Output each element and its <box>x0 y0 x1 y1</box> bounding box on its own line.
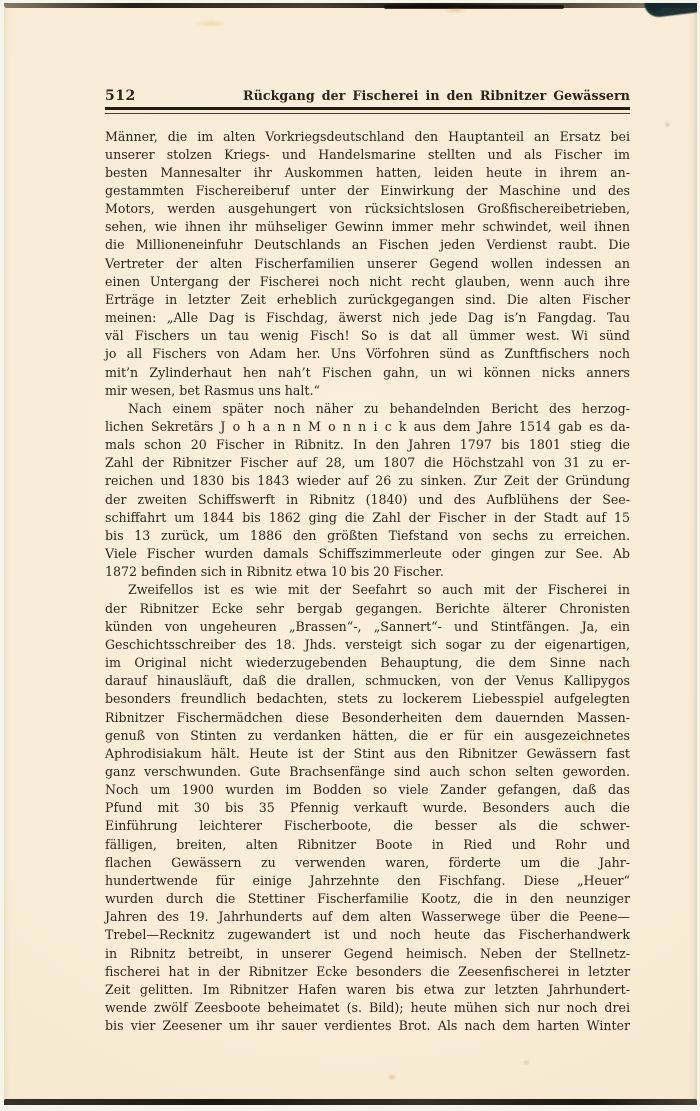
text-line: einen Untergang der Fischerei noch nicht… <box>105 273 630 291</box>
text-line: Vertreter der alten Fischerfamilien unse… <box>105 255 630 273</box>
text-line: besten Mannesalter ihr Auskommen hatten,… <box>105 164 630 182</box>
text-line: besonders freundlich bedachten, stets zu… <box>105 690 630 708</box>
page-number: 512 <box>105 88 136 104</box>
text-line: schiffahrt um 1844 bis 1862 ging die Zah… <box>105 509 630 527</box>
text-line: Zweifellos ist es wie mit der Seefahrt s… <box>105 581 630 599</box>
text-line: in Ribnitz betreibt, in unserer Gegend h… <box>105 945 630 963</box>
text-line: Ribnitzer Fischermädchen diese Besonderh… <box>105 709 630 727</box>
text-line: die Millioneneinfuhr Deutschlands an Fis… <box>105 236 630 254</box>
text-line: der Ribnitzer Ecke sehr bergab gegangen.… <box>105 600 630 618</box>
header-rule-thick <box>105 107 630 110</box>
text-line: 1872 befinden sich in Ribnitz etwa 10 bi… <box>105 563 630 581</box>
text-line: mir wesen, bet Rasmus uns halt.“ <box>105 382 630 400</box>
text-line: lichen Sekretärs J o h a n n M o n n i c… <box>105 418 630 436</box>
page-top-edge-shadow <box>4 3 697 8</box>
text-line: hundertwende für einige Jahrzehnte den F… <box>105 872 630 890</box>
text-line: im Original nicht wiederzugebenden Behau… <box>105 654 630 672</box>
foxing-spot <box>522 1059 531 1066</box>
text-line: Motors, werden ausgehungert von rücksich… <box>105 200 630 218</box>
text-line: fälligen, breiten, alten Ribnitzer Boote… <box>105 836 630 854</box>
foxing-spot <box>387 1073 397 1081</box>
foxing-spot <box>194 19 228 28</box>
text-line: bis vier Zeesener um ihr sauer verdiente… <box>105 1017 630 1035</box>
text-line: gestammten Fischereiberuf unter der Einw… <box>105 182 630 200</box>
scanned-book-page: 512 Rückgang der Fischerei in den Ribnit… <box>0 0 700 1111</box>
paper-sheet: 512 Rückgang der Fischerei in den Ribnit… <box>4 3 697 1105</box>
text-line: der zweiten Schiffswerft in Ribnitz (184… <box>105 491 630 509</box>
text-line: Männer, die im alten Vorkriegsdeutschlan… <box>105 128 630 146</box>
text-line: Noch um 1900 wurden im Bodden so viele Z… <box>105 781 630 799</box>
text-line: Jahren des 19. Jahrhunderts auf dem alte… <box>105 908 630 926</box>
text-line: Einführung leichterer Fischerboote, die … <box>105 817 630 835</box>
text-line: ganz verschwunden. Gute Brachsenfänge si… <box>105 763 630 781</box>
text-line: sehen, wie ihnen ihr mühseliger Gewinn i… <box>105 218 630 236</box>
text-line: darauf hinausläuft, daß die drallen, sch… <box>105 672 630 690</box>
text-line: Zahl der Ribnitzer Fischer auf 28, um 18… <box>105 454 630 472</box>
text-line: wurden durch die Stettiner Fischerfamili… <box>105 890 630 908</box>
text-line: wende zwölf Zeesboote beheimatet (s. Bil… <box>105 999 630 1017</box>
text-line: künden von ungeheuren „Brassen“-, „Sanne… <box>105 618 630 636</box>
text-line: unserer stolzen Kriegs- und Handelsmarin… <box>105 146 630 164</box>
text-line: bis 13 zurück, um 1886 den größten Tiefs… <box>105 527 630 545</box>
page-bottom-edge-shadow <box>4 1099 697 1105</box>
text-line: flachen Gewässern zu verwenden waren, fö… <box>105 854 630 872</box>
text-block: Männer, die im alten Vorkriegsdeutschlan… <box>105 128 630 1036</box>
printed-content: 512 Rückgang der Fischerei in den Ribnit… <box>105 88 630 1035</box>
text-line: Pfund mit 30 bis 35 Pfennig verkauft wur… <box>105 799 630 817</box>
text-line: Erträge in letzter Zeit erheblich zurück… <box>105 291 630 309</box>
text-line: jo all Fischers von Adam her. Uns Vörfoh… <box>105 345 630 363</box>
text-line: fischerei hat in der Ribnitzer Ecke beso… <box>105 963 630 981</box>
text-line: reichen und 1830 bis 1843 wieder auf 26 … <box>105 472 630 490</box>
text-line: genuß von Stinten zu verdanken hätten, d… <box>105 727 630 745</box>
running-header: 512 Rückgang der Fischerei in den Ribnit… <box>105 88 630 105</box>
text-line: Trebel—Recknitz zugewandert ist und noch… <box>105 926 630 944</box>
text-line: Viele Fischer wurden damals Schiffszimme… <box>105 545 630 563</box>
text-line: mit’n Zylinderhaut hen nah’t Fischen gah… <box>105 364 630 382</box>
text-line: mals schon 20 Fischer in Ribnitz. In den… <box>105 436 630 454</box>
header-rule-thin <box>105 113 630 114</box>
text-line: väl Fischers un tau wenig Fisch! So is d… <box>105 327 630 345</box>
foxing-spot <box>664 121 671 128</box>
text-line: Nach einem später noch näher zu behandel… <box>105 400 630 418</box>
text-line: meinen: „Alle Dag is Fischdag, äwerst ni… <box>105 309 630 327</box>
text-line: Zeit gelitten. Im Ribnitzer Hafen waren … <box>105 981 630 999</box>
running-header-title: Rückgang der Fischerei in den Ribnitzer … <box>243 88 630 103</box>
text-line: Geschichtsschreiber des 18. Jhds. verste… <box>105 636 630 654</box>
page-top-edge-shadow <box>384 5 564 9</box>
text-line: Aphrodisiakum hält. Heute ist der Stint … <box>105 745 630 763</box>
